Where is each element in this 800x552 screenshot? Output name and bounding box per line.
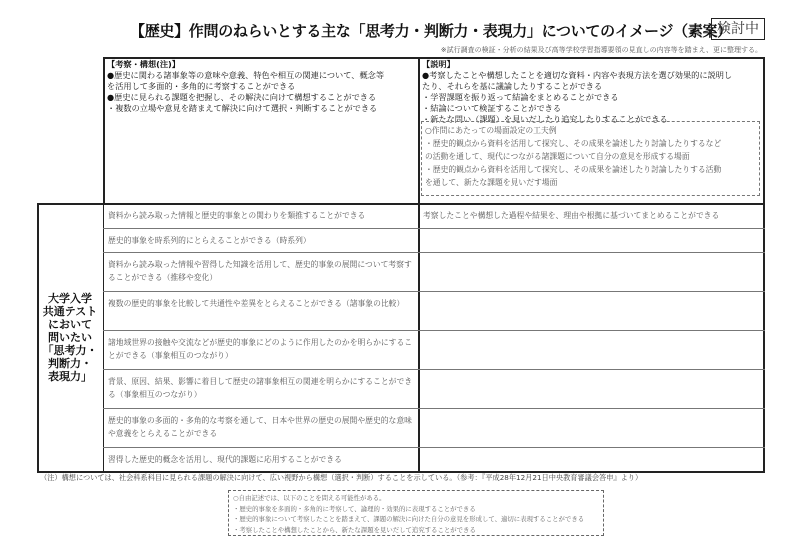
free-description-line: ・考察したことや構想したことから、新たな課題を見いだして追究することができる: [233, 525, 599, 536]
header-bottom-border: [37, 203, 765, 205]
row-label-line: において: [43, 318, 98, 331]
table-row-2-left: 歴史的事象を時系列的にとらえることができる（時系列）: [108, 234, 416, 247]
row-label-line: 表現力」: [43, 370, 98, 383]
header-left-border: [103, 57, 105, 204]
table-row-7-left: 歴史的事象の多面的・多角的な考察を通して、日本や世界の歴史の展開や歴史的な意味や…: [108, 414, 416, 440]
example-line: ・歴史的観点から資料を活用して探究し、その成果を論述したり討論したりするなど: [425, 137, 756, 150]
consideration-line: を活用して多面的・多角的に考察することができる: [107, 81, 415, 92]
status-badge: 検討中: [711, 18, 765, 40]
consideration-line: ●歴史に関わる諸事象等の意味や意義、特色や相互の関連について、概念等: [107, 70, 415, 81]
row-divider: [103, 291, 765, 292]
table-row-1-left: 資料から読み取った情報と歴史的事象との関わりを類推することができる: [108, 209, 416, 222]
row-label-line: 問いたい: [43, 331, 98, 344]
scene-setting-examples-box: ○作問にあたっての場面設定の工夫例 ・歴史的観点から資料を活用して探究し、その成…: [421, 121, 760, 196]
row-group-label: 大学入学 共通テスト において 問いたい 「思考力・ 判断力・ 表現力」: [38, 204, 102, 470]
example-line: ・歴史的観点から資料を活用して探究し、その成果を論述したり討論したりする活動: [425, 163, 756, 176]
explanation-line: ・結論について検証することができる: [422, 103, 762, 114]
table-row-8-left: 習得した歴史的概念を活用し、現代的課題に応用することができる: [108, 453, 416, 466]
free-description-line: ・歴史的事象について考察したことを踏まえて、課題の解決に向けた自分の意見を形成し…: [233, 514, 599, 525]
example-line: ○作問にあたっての場面設定の工夫例: [425, 124, 756, 137]
example-line: の活動を通して、現代につながる諸課題について自分の意見を形成する場面: [425, 150, 756, 163]
table-row-5-left: 諸地域世界の接触や交流などが歴史的事象にどのように作用したのかを明らかにすること…: [108, 336, 416, 362]
explanation-header-cell: 【説明】 ●考察したことや構想したことを適切な資料・内容や表現方法を選び効果的に…: [422, 59, 762, 125]
row-divider: [103, 228, 765, 229]
page-title: 【歴史】作問のねらいとする主な「思考力・判断力・表現力」についてのイメージ（素案…: [130, 20, 732, 41]
row-divider: [103, 408, 765, 409]
consideration-line: ●歴史に見られる課題を把握し、その解決に向けて構想することができる: [107, 92, 415, 103]
explanation-heading: 【説明】: [422, 59, 762, 70]
free-description-line: ○自由記述では、以下のことを問える可能性がある。: [233, 493, 599, 504]
row-divider: [103, 447, 765, 448]
footnote: （注）構想については、社会科系科目に見られる課題の解決に向けて、広い視野から構想…: [40, 473, 642, 483]
row-label-line: 判断力・: [43, 357, 98, 370]
explanation-line: ・学習課題を振り返って結論をまとめることができる: [422, 92, 762, 103]
revision-note: ※試行調査の検証・分析の結果及び高等学校学習指導要領の見直しの内容等を踏まえ、更…: [441, 45, 762, 55]
free-description-box: ○自由記述では、以下のことを問える可能性がある。 ・歴史的事象を多面的・多角的に…: [228, 490, 604, 536]
row-divider: [103, 330, 765, 331]
table-row-4-left: 複数の歴史的事象を比較して共通性や差異をとらえることができる（諸事象の比較）: [108, 297, 416, 310]
row-label-line: 「思考力・: [43, 344, 98, 357]
column-divider: [418, 57, 420, 472]
row-divider: [103, 252, 765, 253]
free-description-line: ・歴史的事象を多面的・多角的に考察して、論理的・効果的に表現することができる: [233, 504, 599, 515]
table-row-6-left: 背景、原因、結果、影響に着目して歴史の諸事象相互の関連を明らかにすることができる…: [108, 375, 416, 401]
table-right-border: [763, 57, 765, 472]
consideration-heading: 【考察・構想(注)】: [107, 59, 415, 70]
table-row-1-right: 考察したことや構想した過程や結果を、理由や根拠に基づいてまとめることができる: [423, 209, 761, 222]
consideration-line: ・複数の立場や意見を踏まえて解決に向けて選択・判断することができる: [107, 103, 415, 114]
consideration-header-cell: 【考察・構想(注)】 ●歴史に関わる諸事象等の意味や意義、特色や相互の関連につい…: [107, 59, 415, 114]
explanation-line: たり、それらを基に議論したりすることができる: [422, 81, 762, 92]
example-line: を通して、新たな課題を見いだす場面: [425, 176, 756, 189]
row-label-line: 大学入学: [43, 292, 98, 305]
row-label-line: 共通テスト: [43, 305, 98, 318]
label-column-border: [103, 203, 104, 472]
row-divider: [103, 369, 765, 370]
explanation-line: ●考察したことや構想したことを適切な資料・内容や表現方法を選び効果的に説明し: [422, 70, 762, 81]
table-row-3-left: 資料から読み取った情報や習得した知識を活用して、歴史的事象の展開について考察する…: [108, 258, 416, 284]
